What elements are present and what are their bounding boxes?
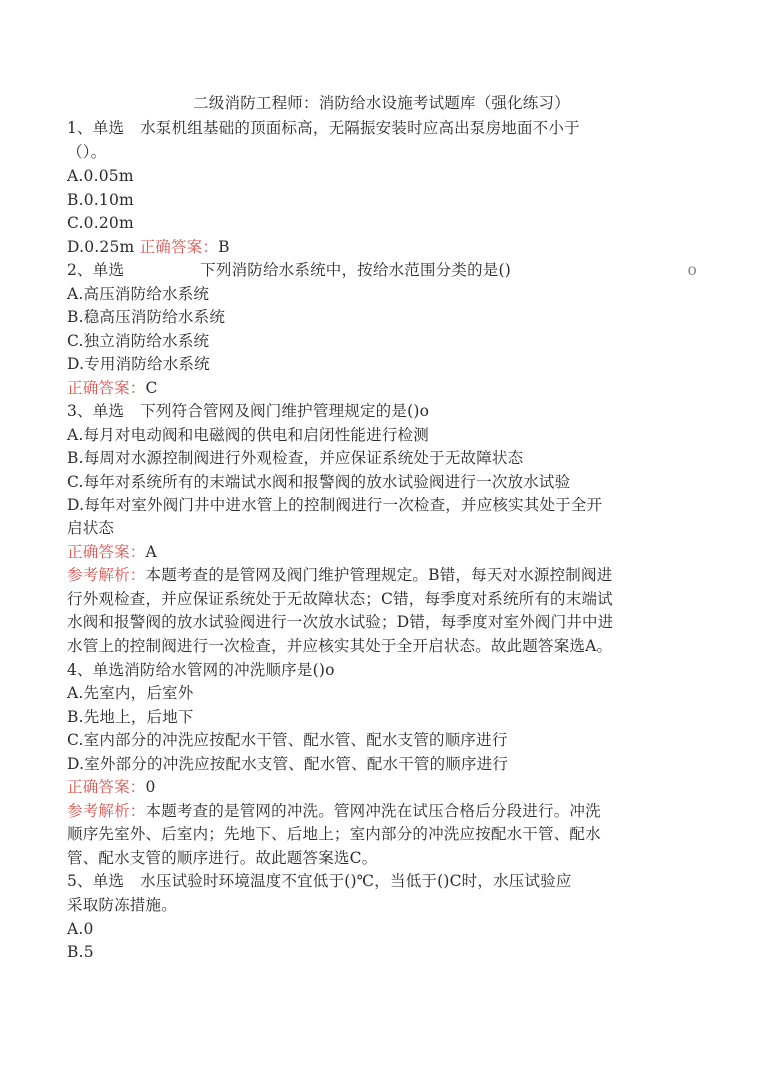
question-text: 水压试验时环境温度不宜低于()℃，当低于()C时，水压试验应 xyxy=(140,872,571,890)
question-1-stem-cont: （）。 xyxy=(67,141,106,163)
question-text: 下列符合管网及阀门维护管理规定的是()o xyxy=(140,402,429,420)
analysis-line: 水管上的控制阀进行一次检查，并应核实其处于全开启状态。故此题答案选A。 xyxy=(67,635,612,657)
option-b: B.稳高压消防给水系统 xyxy=(67,306,225,328)
question-tail: o xyxy=(687,259,697,281)
question-4-stem: 4、单选消防给水管网的冲洗顺序是()o xyxy=(67,659,335,681)
option-a: A.先室内，后室外 xyxy=(67,682,193,704)
correct-answer-label: 正确答案： xyxy=(67,379,146,397)
option-c: C.0.20m xyxy=(67,212,134,234)
option-b: B.5 xyxy=(67,941,94,963)
option-d-cont: 启状态 xyxy=(67,517,114,539)
question-number: 2、单选 xyxy=(67,261,124,279)
correct-answer-value: 0 xyxy=(146,778,156,796)
option-a: A.高压消防给水系统 xyxy=(67,283,209,305)
option-d: D.0.25m xyxy=(67,238,134,256)
analysis-label: 参考解析： xyxy=(67,566,146,584)
question-number: 3、单选 xyxy=(67,402,124,420)
option-d: D.每年对室外阀门井中进水管上的控制阀进行一次检查，并应核实其处于全开 xyxy=(67,494,602,516)
option-d: D.室外部分的冲洗应按配水支管、配水管、配水干管的顺序进行 xyxy=(67,753,508,775)
analysis-text: 本题考查的是管网及阀门维护管理规定。B错，每天对水源控制阀进 xyxy=(146,566,613,584)
analysis-line: 水阀和报警阀的放水试验阀进行一次放水试验；D错，每季度对室外阀门井中进 xyxy=(67,611,613,633)
correct-answer-value: B xyxy=(218,238,230,256)
option-b: B.每周对水源控制阀进行外观检查，并应保证系统处于无故障状态 xyxy=(67,447,523,469)
option-c: C.室内部分的冲洗应按配水干管、配水管、配水支管的顺序进行 xyxy=(67,729,508,751)
question-1-stem: 1、单选水泵机组基础的顶面标高，无隔振安装时应高出泵房地面不小于 xyxy=(67,117,580,139)
question-3-stem: 3、单选下列符合管网及阀门维护管理规定的是()o xyxy=(67,400,429,422)
page-title: 二级消防工程师：消防给水设施考试题库（强化练习） xyxy=(0,92,763,114)
question-text: 下列消防给水系统中，按给水范围分类的是() xyxy=(200,261,511,279)
option-d-with-answer: D.0.25m 正确答案：B xyxy=(67,236,230,258)
document-page: 二级消防工程师：消防给水设施考试题库（强化练习） 1、单选水泵机组基础的顶面标高… xyxy=(0,0,763,1080)
option-b: B.先地上，后地下 xyxy=(67,706,194,728)
question-number: 5、单选 xyxy=(67,872,124,890)
option-b: B.0.10m xyxy=(67,189,134,211)
question-number: 1、单选 xyxy=(67,119,124,137)
answer-line: 正确答案：0 xyxy=(67,776,156,798)
analysis-line: 顺序先室外、后室内；先地下、后地上；室内部分的冲洗应按配水干管、配水 xyxy=(67,823,601,845)
correct-answer-label: 正确答案： xyxy=(67,543,146,561)
option-c: C.每年对系统所有的末端试水阀和报警阀的放水试验阀进行一次放水试验 xyxy=(67,471,570,493)
correct-answer-value: A xyxy=(146,543,157,561)
option-c: C.独立消防给水系统 xyxy=(67,330,209,352)
correct-answer-label: 正确答案： xyxy=(140,238,219,256)
question-text: 消防给水管网的冲洗顺序是()o xyxy=(124,661,334,679)
analysis-line: 管、配水支管的顺序进行。故此题答案选C。 xyxy=(67,847,377,869)
correct-answer-label: 正确答案： xyxy=(67,778,146,796)
analysis-line: 参考解析：本题考查的是管网的冲洗。管网冲洗在试压合格后分段进行。冲洗 xyxy=(67,800,601,822)
option-a: A.每月对电动阀和电磁阀的供电和启闭性能进行检测 xyxy=(67,424,429,446)
option-a: A.0.05m xyxy=(67,165,134,187)
analysis-text: 本题考查的是管网的冲洗。管网冲洗在试压合格后分段进行。冲洗 xyxy=(146,802,601,820)
option-a: A.0 xyxy=(67,918,94,940)
analysis-line: 行外观检查，并应保证系统处于无故障状态；C错，每季度对系统所有的末端试 xyxy=(67,588,613,610)
answer-line: 正确答案：A xyxy=(67,541,157,563)
correct-answer-value: C xyxy=(146,379,158,397)
option-d: D.专用消防给水系统 xyxy=(67,353,210,375)
question-number: 4、单选 xyxy=(67,661,124,679)
question-2-stem: 2、单选下列消防给水系统中，按给水范围分类的是()o xyxy=(67,259,697,281)
analysis-label: 参考解析： xyxy=(67,802,146,820)
question-text: 水泵机组基础的顶面标高，无隔振安装时应高出泵房地面不小于 xyxy=(140,119,580,137)
analysis-line: 参考解析：本题考查的是管网及阀门维护管理规定。B错，每天对水源控制阀进 xyxy=(67,564,612,586)
question-5-stem-cont: 采取防冻措施。 xyxy=(67,894,177,916)
answer-line: 正确答案：C xyxy=(67,377,158,399)
question-5-stem: 5、单选水压试验时环境温度不宜低于()℃，当低于()C时，水压试验应 xyxy=(67,870,572,892)
